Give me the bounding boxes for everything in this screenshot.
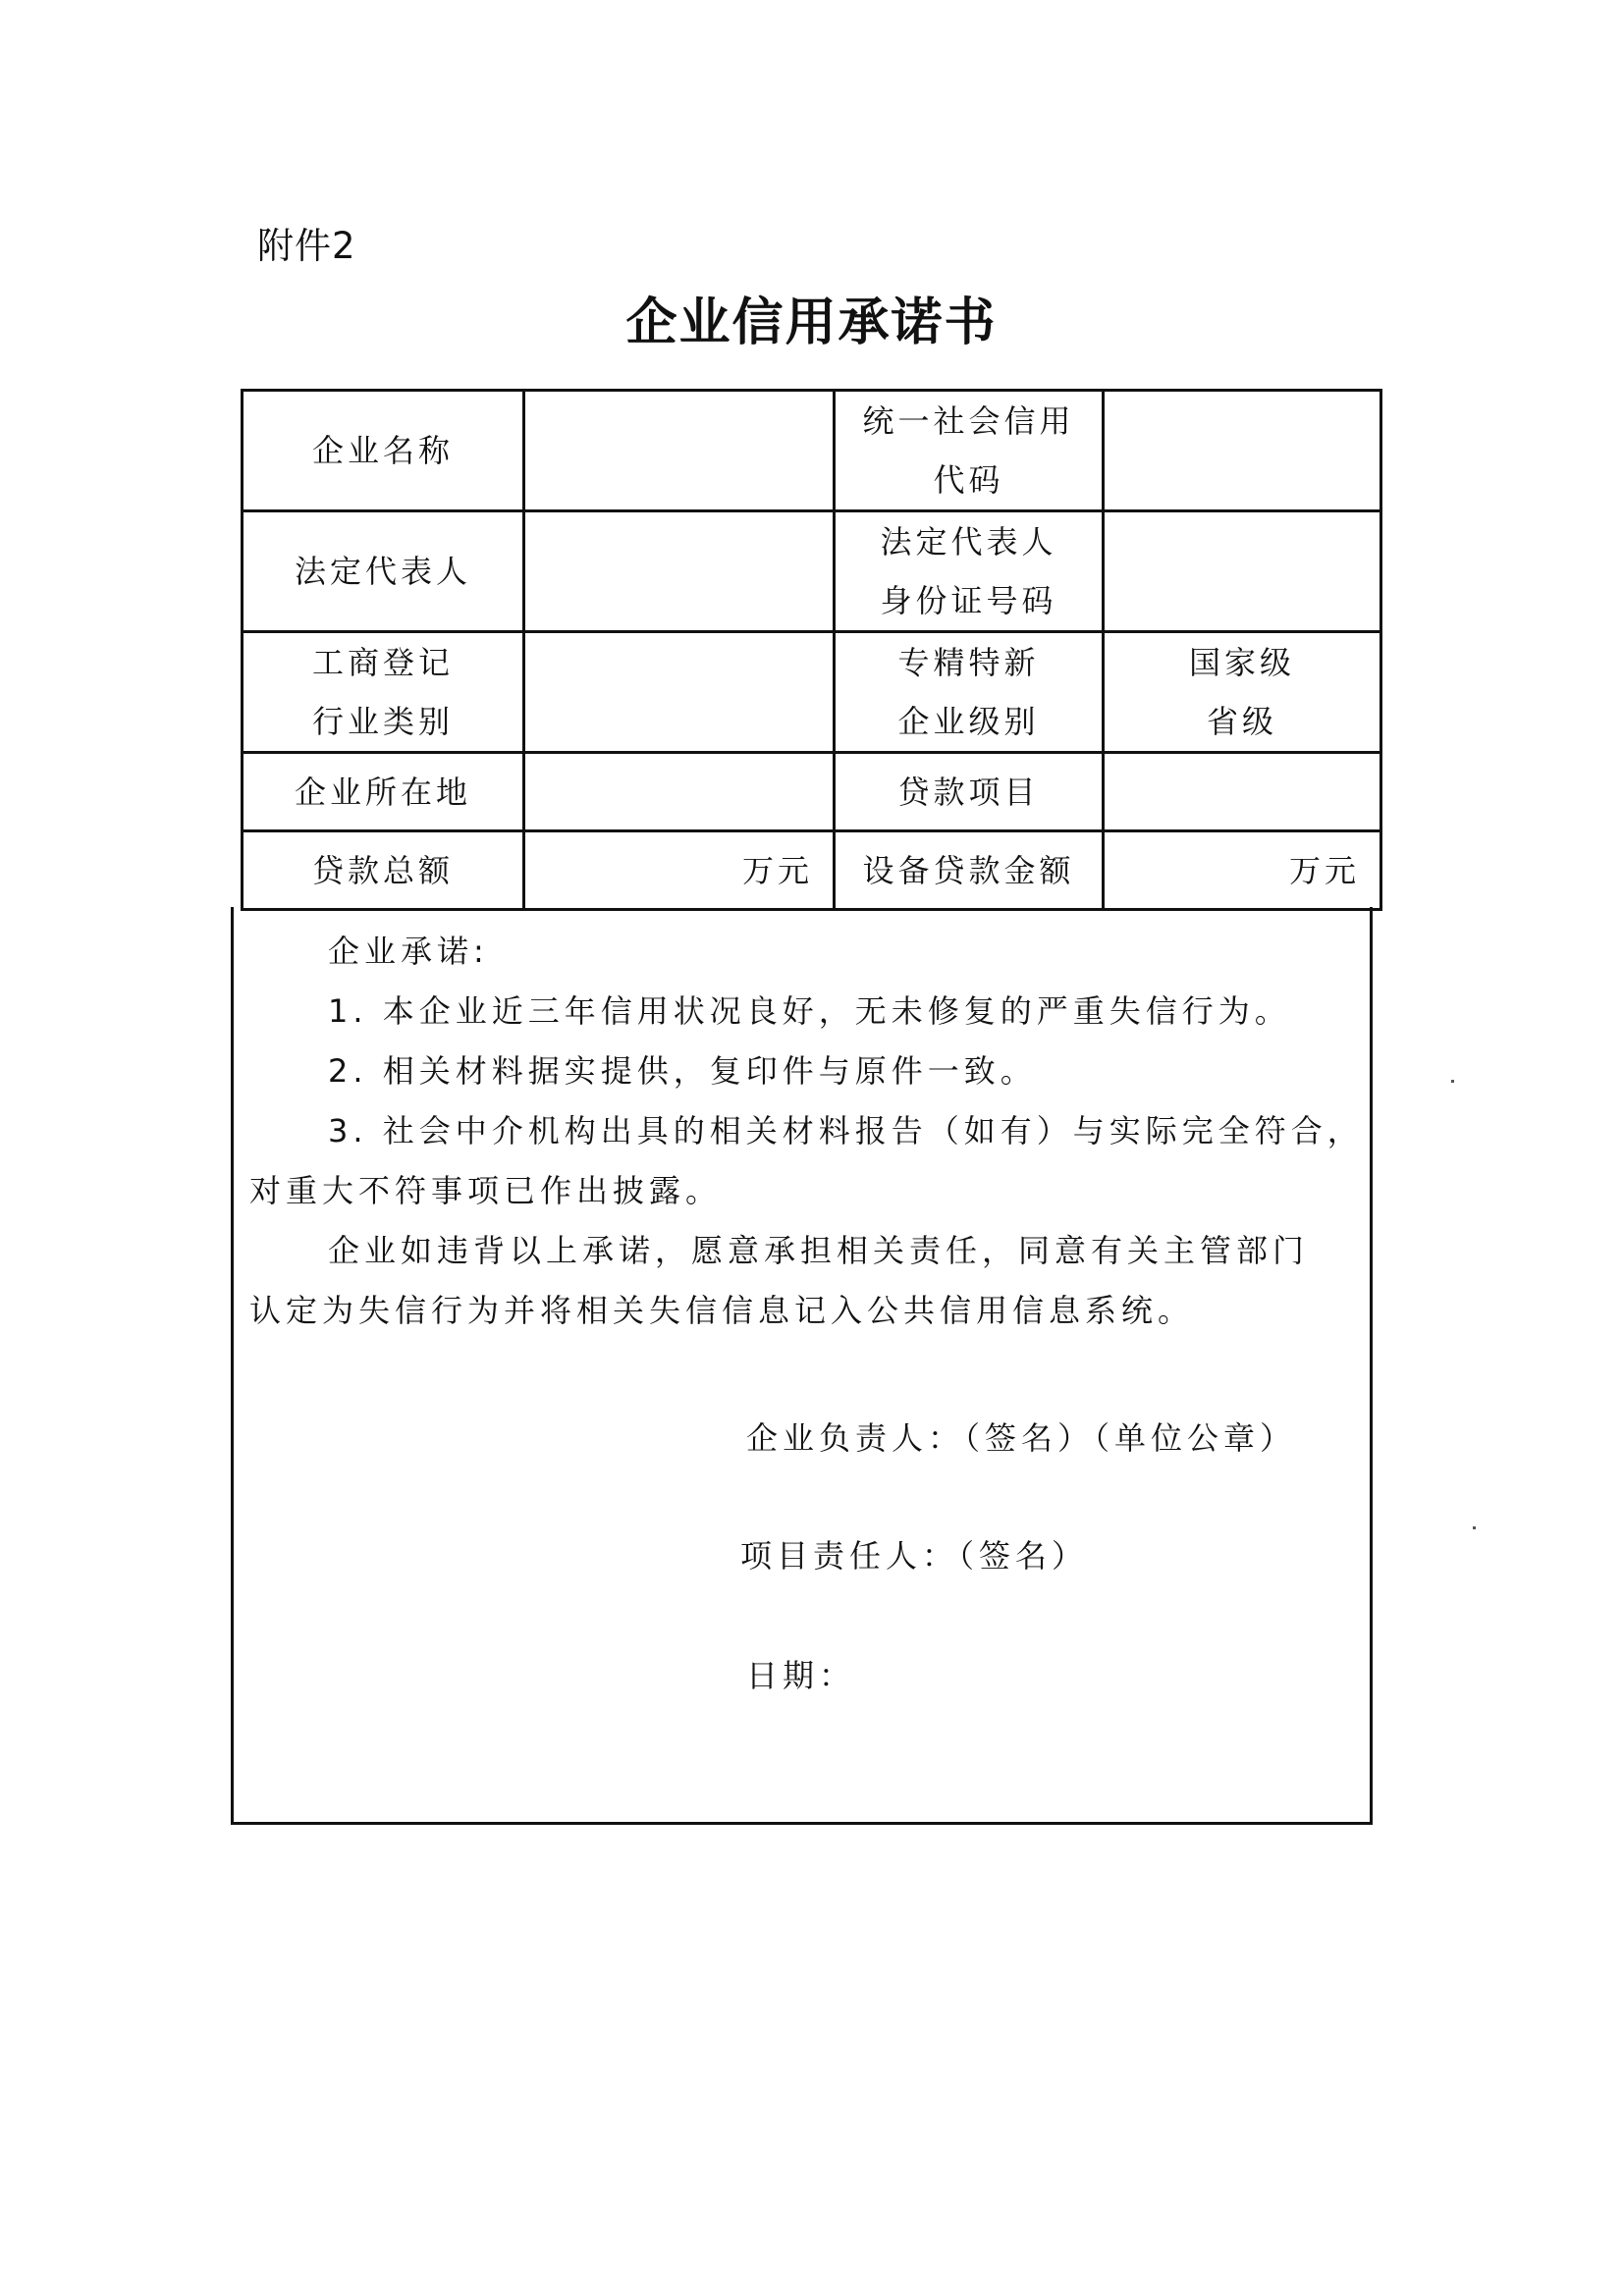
- document-title: 企业信用承诺书: [0, 281, 1623, 354]
- field-loan-project[interactable]: [1104, 753, 1381, 831]
- field-industry-category[interactable]: [524, 632, 835, 753]
- table-row: 企业名称 统一社会信用 代码: [243, 391, 1381, 511]
- commitment-item-1: 1. 本企业近三年信用状况良好，无未修复的严重失信行为。: [328, 987, 1291, 1032]
- commitment-item-3: 3. 社会中介机构出具的相关材料报告（如有）与实际完全符合，: [328, 1106, 1364, 1151]
- signature-date[interactable]: 日期：: [746, 1651, 855, 1696]
- option-national-level[interactable]: 国家级: [1105, 633, 1380, 692]
- table-row: 贷款总额 万元 设备贷款金额 万元: [243, 831, 1381, 910]
- table-row: 工商登记 行业类别 专精特新 企业级别 国家级 省级: [243, 632, 1381, 753]
- signature-project-lead[interactable]: 项目责任人：（签名）: [740, 1531, 1088, 1576]
- field-srdi-level[interactable]: 国家级 省级: [1104, 632, 1381, 753]
- option-provincial-level[interactable]: 省级: [1105, 692, 1380, 751]
- label-loan-project: 贷款项目: [835, 753, 1104, 831]
- unit-label: 万元: [742, 852, 813, 889]
- label-credit-code: 统一社会信用 代码: [835, 391, 1104, 511]
- label-legal-rep-id: 法定代表人 身份证号码: [835, 511, 1104, 632]
- label-location: 企业所在地: [243, 753, 524, 831]
- field-loan-total[interactable]: 万元: [524, 831, 835, 910]
- label-enterprise-name: 企业名称: [243, 391, 524, 511]
- label-equipment-loan: 设备贷款金额: [835, 831, 1104, 910]
- unit-label: 万元: [1289, 852, 1360, 889]
- info-table: 企业名称 统一社会信用 代码 法定代表人 法定代表人 身份证号码 工商登记 行业…: [241, 389, 1382, 911]
- document-title-text: 企业信用承诺书: [625, 293, 997, 352]
- penalty-line-2: 认定为失信行为并将相关失信信息记入公共信用信息系统。: [249, 1286, 1194, 1331]
- label-srdi-level: 专精特新 企业级别: [835, 632, 1104, 753]
- label-loan-total: 贷款总额: [243, 831, 524, 910]
- field-location[interactable]: [524, 753, 835, 831]
- label-legal-rep: 法定代表人: [243, 511, 524, 632]
- field-credit-code[interactable]: [1104, 391, 1381, 511]
- signature-enterprise-head[interactable]: 企业负责人：（签名）（单位公章）: [746, 1414, 1296, 1459]
- commitment-item-2: 2. 相关材料据实提供，复印件与原件一致。: [328, 1046, 1037, 1092]
- field-legal-rep-id[interactable]: [1104, 511, 1381, 632]
- penalty-line-1: 企业如违背以上承诺，愿意承担相关责任，同意有关主管部门: [328, 1226, 1309, 1271]
- table-row: 法定代表人 法定代表人 身份证号码: [243, 511, 1381, 632]
- scan-speck: [1473, 1526, 1476, 1529]
- field-legal-rep[interactable]: [524, 511, 835, 632]
- attachment-label: 附件2: [257, 216, 356, 269]
- commitment-item-3-continuation: 对重大不符事项已作出披露。: [249, 1166, 722, 1211]
- field-enterprise-name[interactable]: [524, 391, 835, 511]
- label-industry-category: 工商登记 行业类别: [243, 632, 524, 753]
- commitment-heading: 企业承诺:: [328, 927, 489, 972]
- scan-speck: [1451, 1080, 1454, 1083]
- field-equipment-loan[interactable]: 万元: [1104, 831, 1381, 910]
- table-row: 企业所在地 贷款项目: [243, 753, 1381, 831]
